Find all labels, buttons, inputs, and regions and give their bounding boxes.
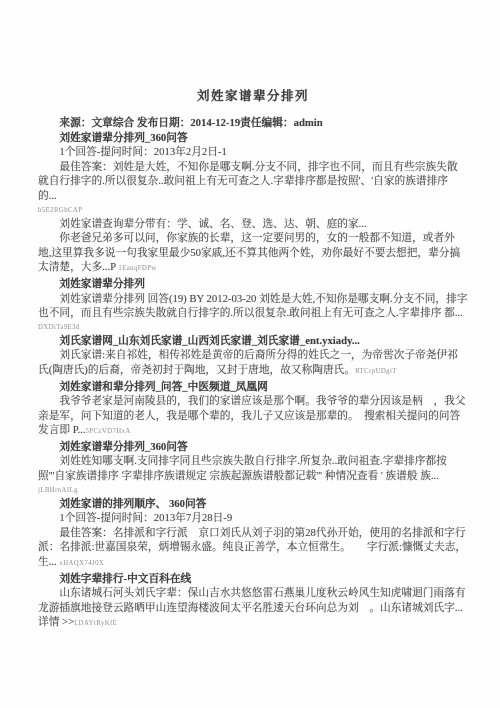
paragraph-text: 1个回答-提问时间：2013年7月28日-9 [59, 512, 232, 524]
result-heading: 刘姓家谱辈分排列_360问答 [38, 131, 468, 146]
watermark-code: RTCrpUDgiT [355, 368, 397, 375]
watermark-code: jLBHrnAILg [38, 484, 468, 497]
result-heading: 刘姓字辈排行-中文百科在线 [38, 572, 468, 587]
paragraph: 刘姓家谱辈分排列 回答(19) BY 2012-03-20 刘姓是大姓,不知你是… [38, 292, 468, 334]
result-heading: 刘姓家谱辈分排列_360问答 [38, 440, 468, 455]
paragraph: 刘姓家谱查询辈分带有：学、诚、名、登、选、达、朝、庭的家... [38, 217, 468, 232]
result-heading: 刘氏家谱网_山东刘氏家谱_山西刘氏家谱_刘氏家谱_ent.yxiady... [38, 334, 468, 349]
paragraph: 山东诸城石河头刘氏字辈：保山吉水共悠悠雷石燕巢儿度秋云岭风生知虎啸迴门雨落有龙游… [38, 586, 468, 632]
paragraph-text: 刘姓字辈排行-中文百科在线 [59, 573, 191, 585]
paragraph: 你老爸兄弟多可以问，你家族的长辈，这一定要问男的，女的一般都不知道，或者外地,这… [38, 231, 468, 277]
watermark-code: xHAQX74J0X [59, 560, 104, 567]
paragraph-text: 刘氏家谱网_山东刘氏家谱_山西刘氏家谱_刘氏家谱_ent.yxiady... [59, 335, 359, 347]
paragraph-text: 1个回答-提问时间：2013年2月2日-1 [59, 146, 226, 158]
paragraph-text: 刘姓家谱的排列顺序、 360问答 [59, 498, 206, 510]
meta-text: 来源：文章综合 发布日期：2014-12-19责任编辑：admin [59, 117, 322, 129]
watermark-code: 5PCzVD7HxA [86, 428, 131, 435]
result-heading: 刘姓家谱和辈分排列_问答_中医频道_凤凰网 [38, 380, 468, 395]
paragraph-text: 刘姓家谱查询辈分带有：学、诚、名、登、选、达、朝、庭的家... [59, 218, 366, 230]
paragraph: 1个回答-提问时间：2013年2月2日-1 [38, 145, 468, 160]
watermark-code: b5E2RGbCAP [38, 204, 468, 217]
paragraph: 1个回答-提问时间：2013年7月28日-9 [38, 511, 468, 526]
paragraph: 刘氏家谱:来自祁姓，相传祁姓是黄帝的后裔所分得的姓氏之一，为帝喾次子帝尧伊祁氏(… [38, 348, 468, 379]
paragraph-text: 刘姓家谱辈分排列 回答(19) BY 2012-03-20 刘姓是大姓,不知你是… [38, 293, 468, 320]
paragraph-text: 刘姓家谱辈分排列_360问答 [59, 441, 187, 453]
paragraph: 最佳答案：名排派和字行派 京口刘氏从刘子羽的第28代孙开始，使用的名排派和字行派… [38, 526, 468, 572]
paragraph-text: 刘姓家谱辈分排列_360问答 [59, 132, 187, 144]
document-title: 刘姓家谱辈分排列 [38, 86, 468, 104]
document-body: 来源：文章综合 发布日期：2014-12-19责任编辑：admin 刘姓家谱辈分… [38, 116, 468, 632]
paragraph-text: 刘姓家谱辈分排列 [59, 278, 145, 290]
paragraph-text: 最佳答案：刘姓是大姓，不知你是哪支啊.分支不同，排字也不同，而且有些宗族失散就自… [38, 161, 458, 202]
result-heading: 刘姓家谱的排列顺序、 360问答 [38, 497, 468, 512]
watermark-code: DXDiTa9E3d [38, 321, 468, 334]
result-heading: 刘姓家谱辈分排列 [38, 277, 468, 292]
scanned-document-page: 刘姓家谱辈分排列 来源：文章综合 发布日期：2014-12-19责任编辑：adm… [0, 0, 500, 708]
paragraph: 最佳答案：刘姓是大姓，不知你是哪支啊.分支不同，排字也不同，而且有些宗族失散就自… [38, 160, 468, 217]
paragraph: 我爷爷老家是河南陵县的，我们的家谱应该是那个啊。我爷爷的辈分因该是柄 ，我父亲是… [38, 394, 468, 440]
watermark-code: 1EanqFDPw [118, 265, 156, 272]
paragraph-text: 刘姓姓知哪支啊.支同排字同且些宗族失散自行排字.所复杂..敢问祖查.字辈排序都按… [38, 455, 447, 482]
paragraph: 刘姓姓知哪支啊.支同排字同且些宗族失散自行排字.所复杂..敢问祖查.字辈排序都按… [38, 454, 468, 496]
watermark-code: LDAYtRyKfE [74, 620, 117, 627]
meta-line: 来源：文章综合 发布日期：2014-12-19责任编辑：admin [38, 116, 468, 131]
paragraph-text: 你老爸兄弟多可以问，你家族的长辈，这一定要问男的，女的一般都不知道，或者外地,这… [38, 232, 460, 273]
paragraph-text: 刘姓家谱和辈分排列_问答_中医频道_凤凰网 [59, 381, 267, 393]
